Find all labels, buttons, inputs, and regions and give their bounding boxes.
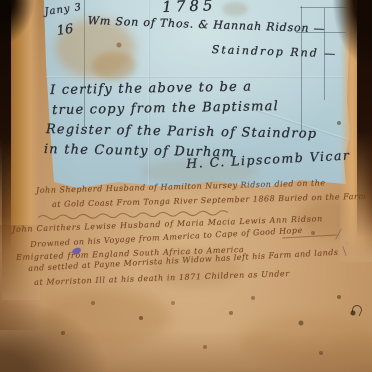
paper-stain (92, 52, 136, 80)
dark-corner-top-right (332, 0, 372, 68)
attestation-line-2: true copy from the Baptismal (52, 100, 279, 117)
entry-date-day: 16 (56, 23, 74, 38)
attestation-line-1: I certify the above to be a (50, 80, 252, 97)
paper-stain (222, 2, 248, 16)
photo-of-register-page: 1785 Jany 3 16 Wm Son of Thos. & Hannah … (0, 0, 372, 372)
certificate-year: 1785 (162, 0, 217, 15)
dark-corner-top-left (0, 0, 34, 44)
